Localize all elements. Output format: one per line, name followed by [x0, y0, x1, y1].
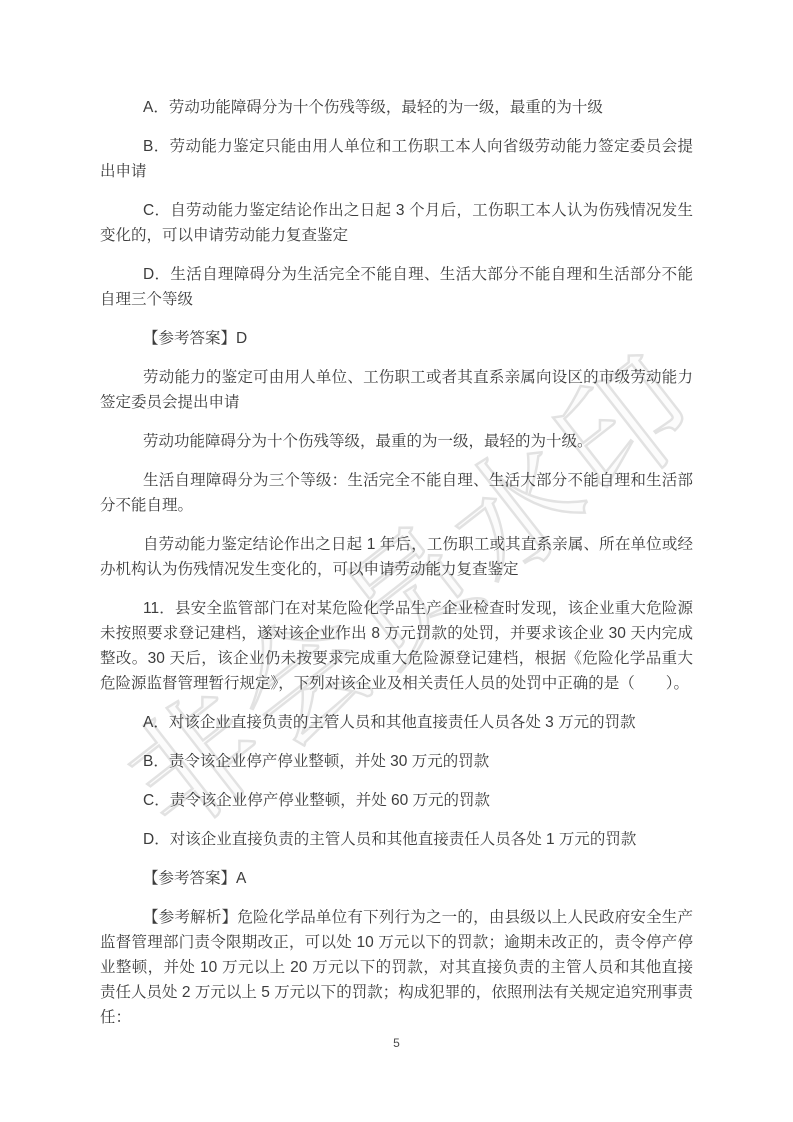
- q11-option-d: D．对该企业直接负责的主管人员和其他直接责任人员各处 1 万元的罚款: [100, 827, 693, 852]
- page-number: 5: [0, 1036, 793, 1050]
- document-page: 非会员水印 A．劳动功能障碍分为十个伤残等级，最轻的为一级，最重的为十级 B．劳…: [0, 0, 793, 1122]
- q11-option-b: B．责令该企业停产停业整顿，并处 30 万元的罚款: [100, 749, 693, 774]
- question-11-stem: 11．县安全监管部门在对某危险化学品生产企业检查时发现，该企业重大危险源未按照要…: [100, 596, 693, 696]
- q10-option-c: C．自劳动能力鉴定结论作出之日起 3 个月后，工伤职工本人认为伤残情况发生变化的…: [100, 198, 693, 248]
- q10-explanation-1: 劳动能力的鉴定可由用人单位、工伤职工或者其直系亲属向设区的市级劳动能力签定委员会…: [100, 365, 693, 415]
- q11-option-c: C．责令该企业停产停业整顿，并处 60 万元的罚款: [100, 788, 693, 813]
- q10-reference-answer: 【参考答案】D: [100, 326, 693, 351]
- q10-explanation-3: 生活自理障碍分为三个等级：生活完全不能自理、生活大部分不能自理和生活部分不能自理…: [100, 468, 693, 518]
- q10-option-a: A．劳动功能障碍分为十个伤残等级，最轻的为一级，最重的为十级: [100, 95, 693, 120]
- q11-reference-analysis: 【参考解析】危险化学品单位有下列行为之一的，由县级以上人民政府安全生产监督管理部…: [100, 905, 693, 1030]
- document-body: A．劳动功能障碍分为十个伤残等级，最轻的为一级，最重的为十级 B．劳动能力鉴定只…: [0, 0, 793, 1030]
- q10-option-b: B．劳动能力鉴定只能由用人单位和工伤职工本人向省级劳动能力签定委员会提出申请: [100, 134, 693, 184]
- q10-option-d: D．生活自理障碍分为生活完全不能自理、生活大部分不能自理和生活部分不能自理三个等…: [100, 262, 693, 312]
- q10-explanation-2: 劳动功能障碍分为十个伤残等级，最重的为一级，最轻的为十级。: [100, 429, 693, 454]
- q11-option-a: A．对该企业直接负责的主管人员和其他直接责任人员各处 3 万元的罚款: [100, 710, 693, 735]
- q11-reference-answer: 【参考答案】A: [100, 866, 693, 891]
- q10-explanation-4: 自劳动能力鉴定结论作出之日起 1 年后，工伤职工或其直系亲属、所在单位或经办机构…: [100, 532, 693, 582]
